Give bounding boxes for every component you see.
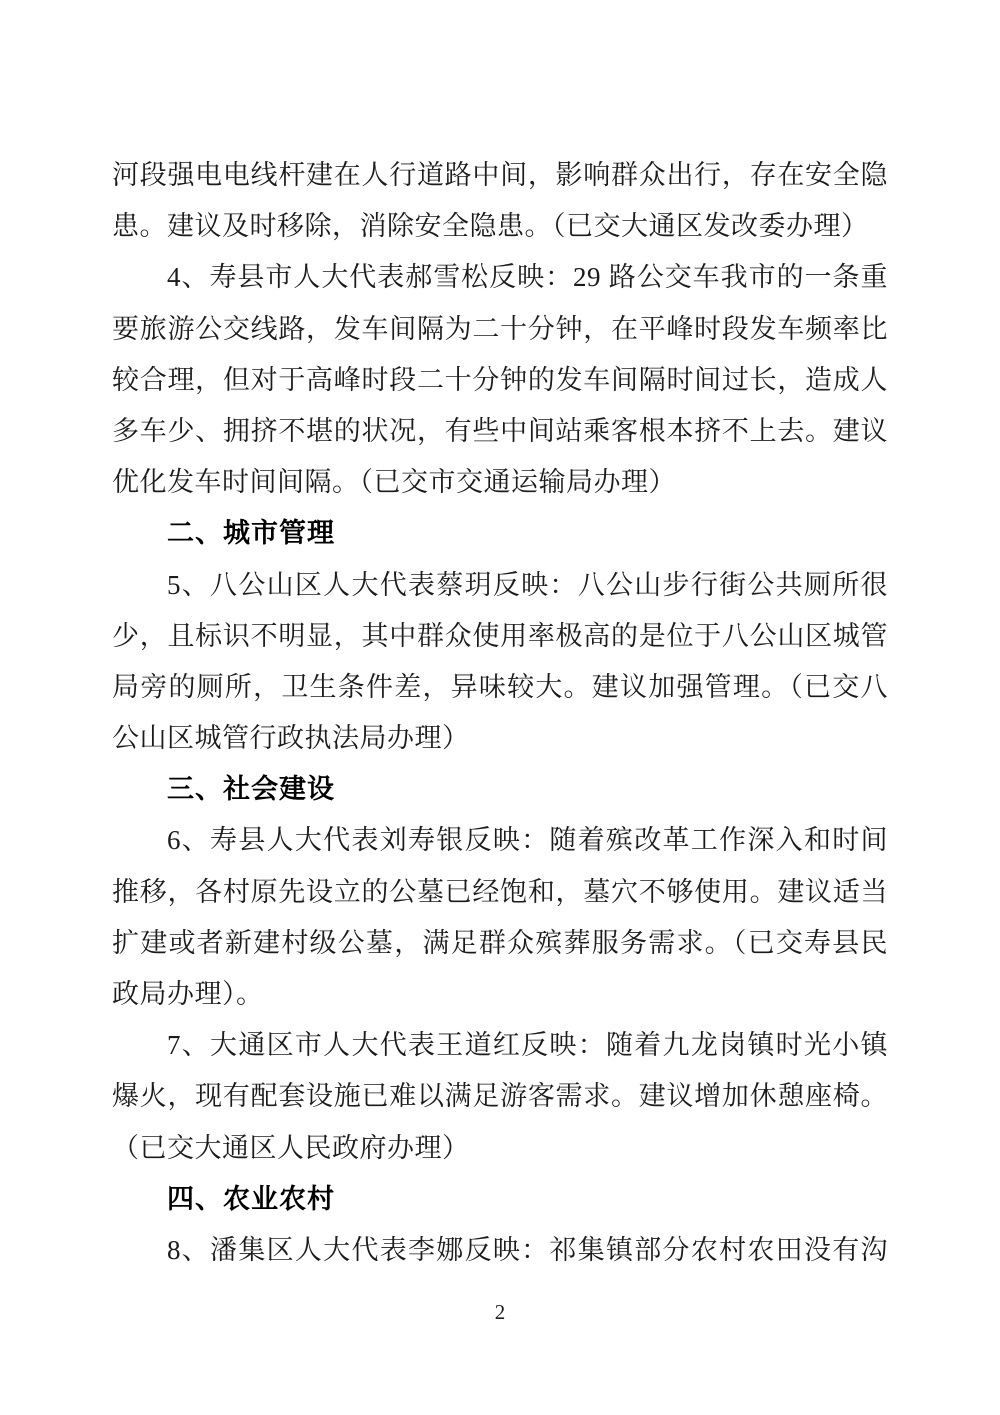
text-line: 局旁的厕所，卫生条件差，异味较大。建议加强管理。（已交八: [112, 662, 888, 713]
document-body: 河段强电电线杆建在人行道路中间，影响群众出行，存在安全隐患。建议及时移除，消除安…: [112, 150, 888, 1276]
text-line: 患。建议及时移除，消除安全隐患。（已交大通区发改委办理）: [112, 201, 888, 252]
section-heading: 三、社会建设: [112, 764, 888, 815]
text-line: 较合理，但对于高峰时段二十分钟的发车间隔时间过长，造成人: [112, 355, 888, 406]
text-line: 少，且标识不明显，其中群众使用率极高的是位于八公山区城管: [112, 611, 888, 662]
text-line: 扩建或者新建村级公墓，满足群众殡葬服务需求。（已交寿县民: [112, 918, 888, 969]
page-number: 2: [0, 1300, 1000, 1325]
text-line: 7、大通区市人大代表王道红反映：随着九龙岗镇时光小镇: [112, 1020, 888, 1071]
section-heading: 四、农业农村: [112, 1174, 888, 1225]
document-page: 河段强电电线杆建在人行道路中间，影响群众出行，存在安全隐患。建议及时移除，消除安…: [0, 0, 1000, 1415]
text-line: 多车少、拥挤不堪的状况，有些中间站乘客根本挤不上去。建议: [112, 406, 888, 457]
text-line: 爆火，现有配套设施已难以满足游客需求。建议增加休憩座椅。: [112, 1071, 888, 1122]
text-line: 河段强电电线杆建在人行道路中间，影响群众出行，存在安全隐: [112, 150, 888, 201]
text-line: 政局办理）。: [112, 969, 888, 1020]
text-line: 要旅游公交线路，发车间隔为二十分钟，在平峰时段发车频率比: [112, 304, 888, 355]
text-line: 4、寿县市人大代表郝雪松反映：29 路公交车我市的一条重: [112, 252, 888, 303]
text-line: 优化发车时间间隔。（已交市交通运输局办理）: [112, 457, 888, 508]
text-line: （已交大通区人民政府办理）: [112, 1123, 888, 1174]
text-line: 5、八公山区人大代表蔡玥反映：八公山步行街公共厕所很: [112, 560, 888, 611]
text-line: 8、潘集区人大代表李娜反映：祁集镇部分农村农田没有沟: [112, 1225, 888, 1276]
text-line: 公山区城管行政执法局办理）: [112, 713, 888, 764]
text-line: 6、寿县人大代表刘寿银反映：随着殡改革工作深入和时间: [112, 815, 888, 866]
text-line: 推移，各村原先设立的公墓已经饱和，墓穴不够使用。建议适当: [112, 867, 888, 918]
section-heading: 二、城市管理: [112, 508, 888, 559]
